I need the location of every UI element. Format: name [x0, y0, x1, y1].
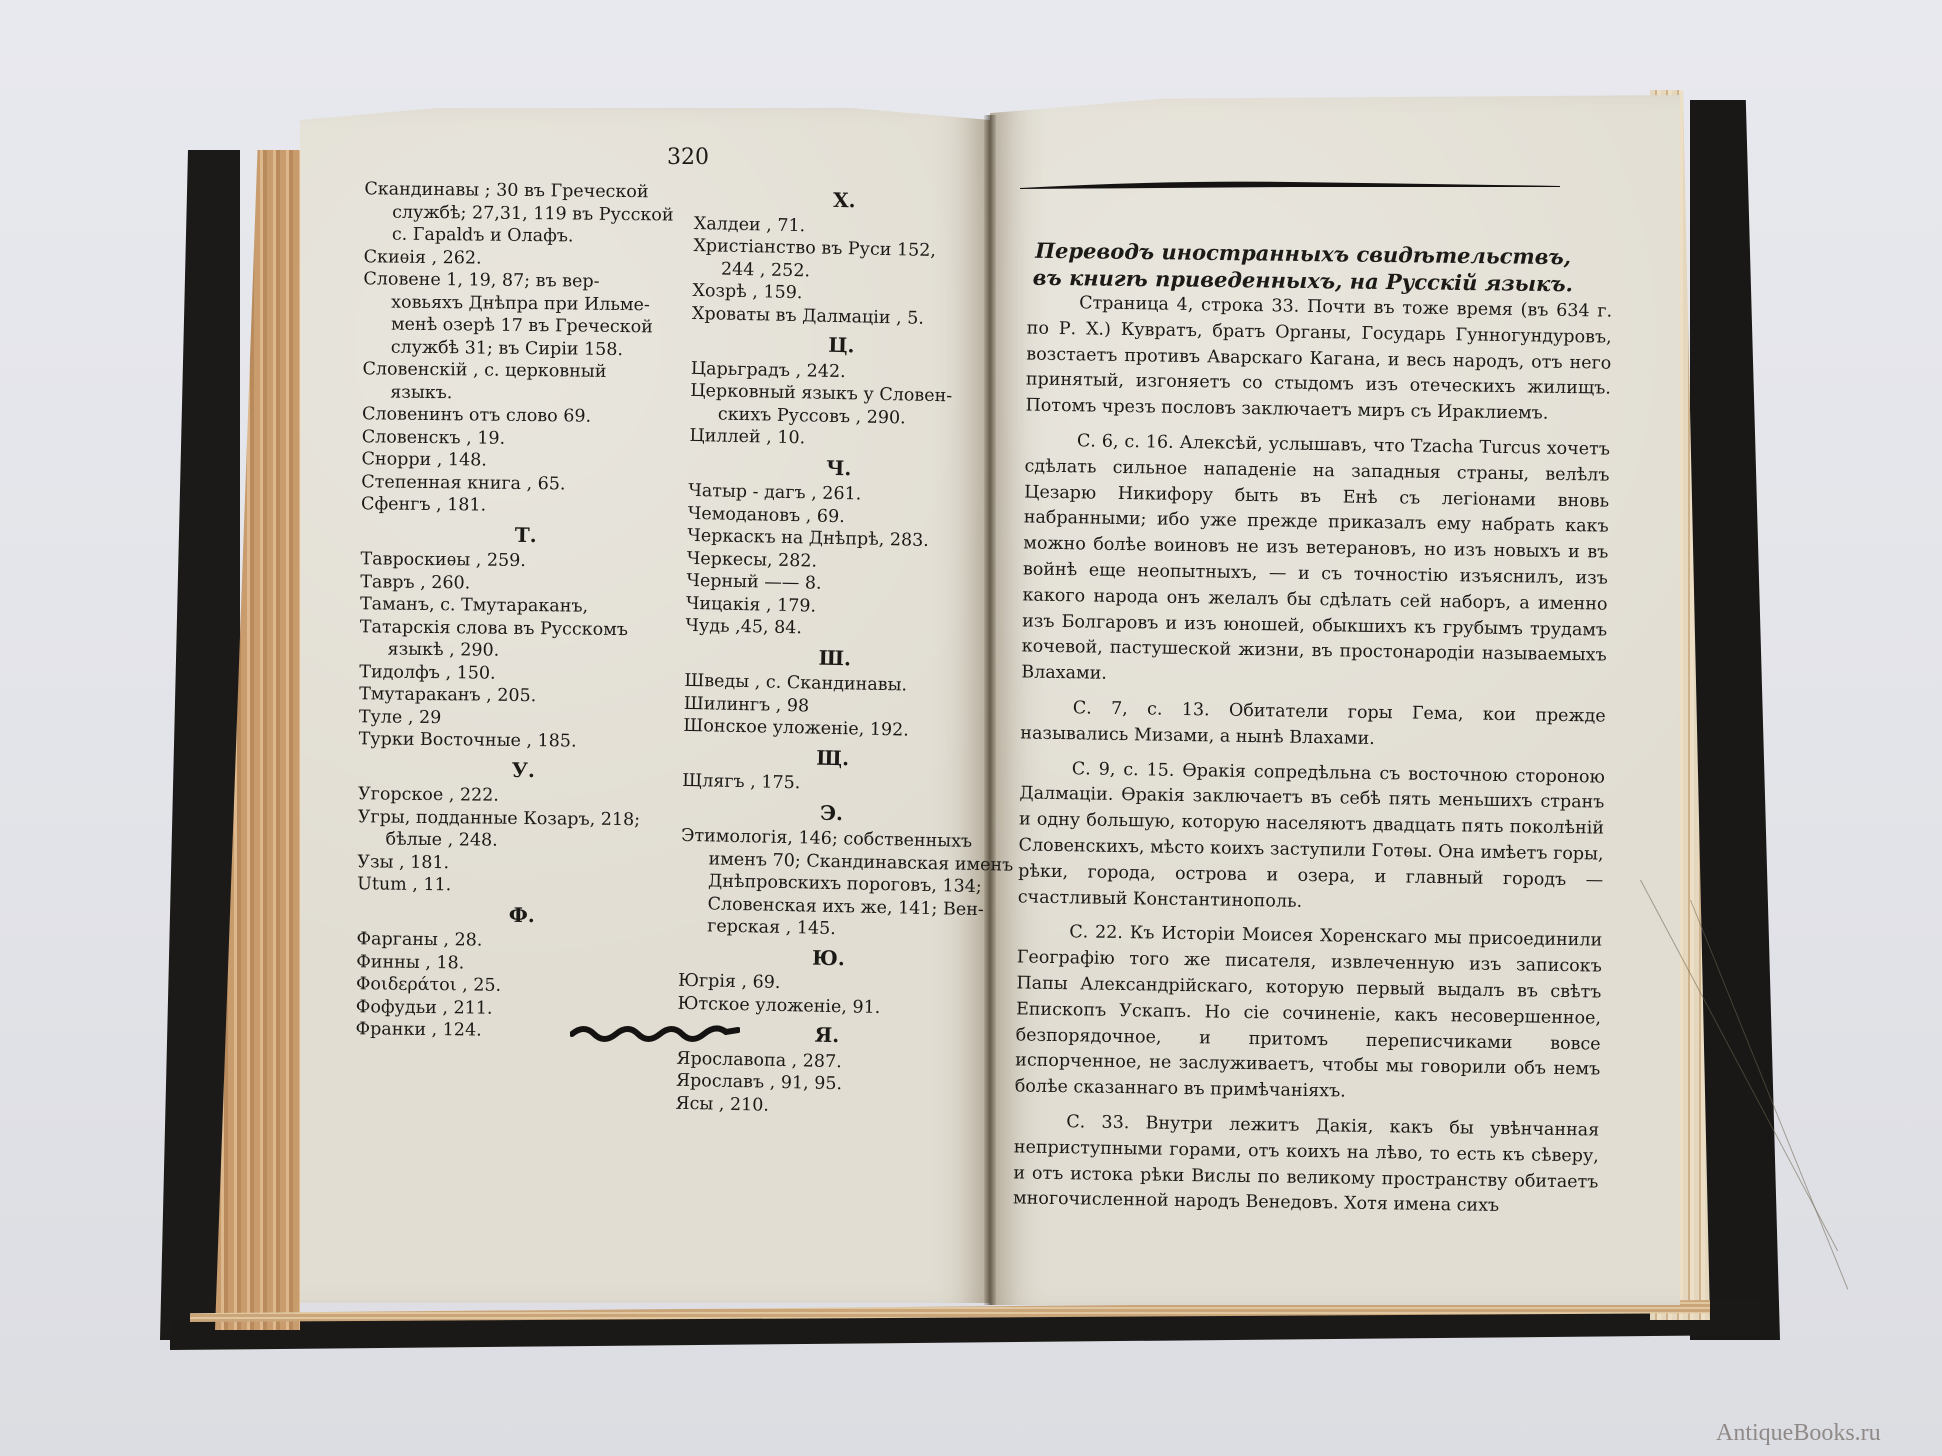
section-title: Переводъ иностранныхъ свидѣтельствъ, въ … — [1018, 237, 1589, 298]
index-entry: Φοιδεράτοι , 25. — [356, 973, 686, 999]
index-entry: с. Гараldъ и Олафъ. — [364, 223, 694, 249]
index-entry: Словене 1, 19, 87; въ вер- — [363, 268, 693, 294]
index-entry: Тмутараканъ , 205. — [359, 683, 689, 709]
index-entry: Снорри , 148. — [361, 448, 691, 474]
index-letter-heading: Т. — [361, 522, 691, 548]
paragraph: С. 22. Къ Исторіи Моисея Хоренскаго мы п… — [1015, 920, 1603, 1110]
index-entry: Сфенгъ , 181. — [361, 493, 691, 519]
index-letter-heading: Ф. — [357, 902, 687, 928]
index-column-a: Скандинавы ; 30 въ Греческойслужбѣ; 27,3… — [355, 178, 694, 1044]
index-entry: Щлягъ , 175. — [682, 770, 982, 799]
paragraph: С. 7, с. 13. Обитатели горы Гема, кои пр… — [1020, 695, 1606, 756]
index-entry: менѣ озерѣ 17 въ Греческой — [363, 313, 693, 339]
index-letter-heading: Ч. — [689, 453, 989, 482]
index-letter-heading: Ш. — [685, 643, 985, 672]
tapered-rule-ornament-icon — [1020, 178, 1560, 194]
wavy-line-ornament-icon — [570, 1022, 740, 1048]
index-entry: Угорское , 222. — [358, 783, 688, 809]
translation-body: Страница 4, строка 33. Почти въ тоже вре… — [1013, 290, 1613, 1230]
index-letter-heading: Щ. — [683, 743, 983, 772]
index-entry: Словенинъ отъ слово 69. — [362, 403, 692, 429]
index-entry: бѣлые , 248. — [357, 828, 687, 854]
index-letter-heading: У. — [358, 757, 688, 783]
index-entry: языкѣ , 290. — [359, 638, 689, 664]
index-entry: Тавроскиѳы , 259. — [360, 548, 690, 574]
index-entry: Utum , 11. — [357, 873, 687, 899]
index-letter-heading: Х. — [694, 186, 994, 215]
index-entry: Словенскій , с. церковный — [362, 358, 692, 384]
page-number: 320 — [667, 145, 709, 170]
paragraph: С. 6, с. 16. Алексѣй, услышавъ, что Tzac… — [1021, 428, 1610, 695]
watermark: AntiqueBooks.ru — [1716, 1420, 1881, 1447]
index-entry: Таманъ, с. Тмутараканъ, — [360, 593, 690, 619]
index-letter-heading: Э. — [681, 798, 981, 827]
index-entry: Турки Восточные , 185. — [359, 728, 689, 754]
index-entry: Фарганы , 28. — [356, 928, 686, 954]
index-letter-heading: Ц. — [691, 331, 991, 360]
paragraph: Страница 4, строка 33. Почти въ тоже вре… — [1025, 290, 1612, 428]
index-column-b: Х.Халдеи , 71.Христіанство въ Руси 152,2… — [675, 180, 995, 1121]
index-entry: Скандинавы ; 30 въ Греческой — [364, 178, 694, 204]
index-letter-heading: Ю. — [678, 943, 978, 972]
paragraph: С. 9, с. 15. Ѳракія сопредѣльна съ восто… — [1018, 756, 1605, 920]
paragraph: С. 33. Внутри лежитъ Дакія, какъ бы увѣн… — [1013, 1109, 1600, 1221]
